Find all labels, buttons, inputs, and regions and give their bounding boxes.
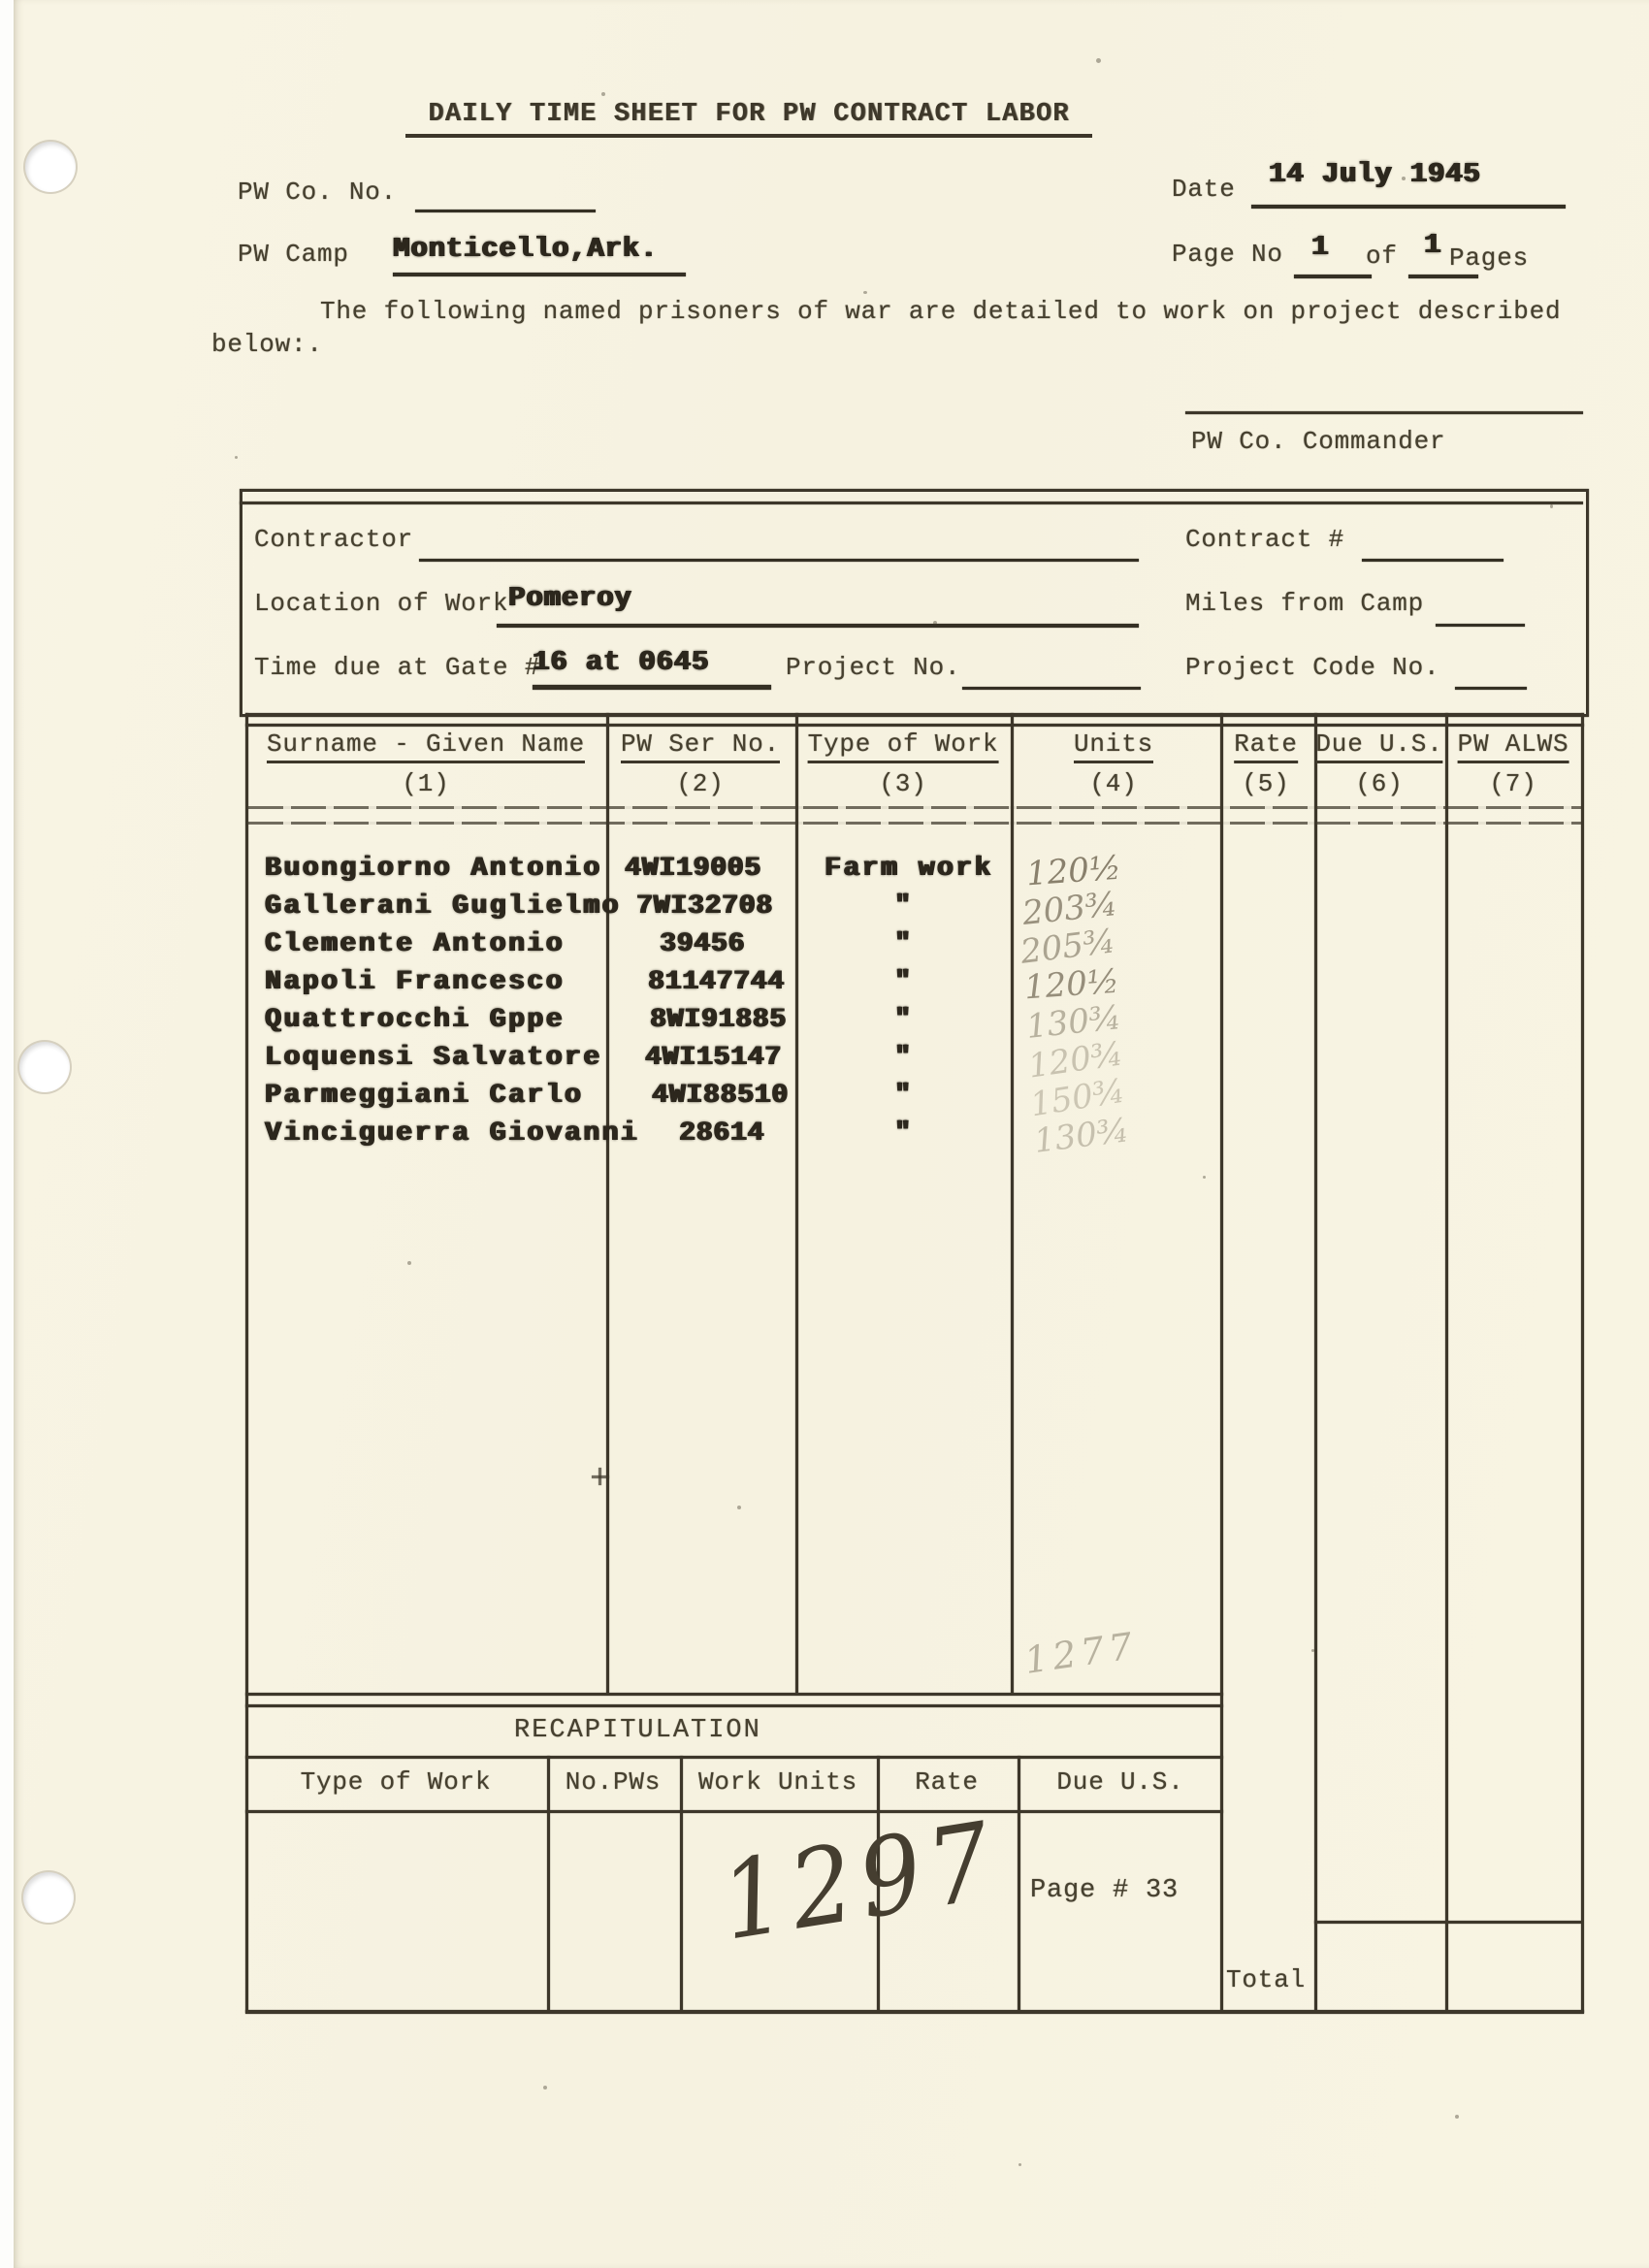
col-header-label: Due U.S. — [1315, 729, 1442, 763]
location-underline — [497, 624, 1139, 628]
miles-label: Miles from Camp — [1185, 589, 1424, 618]
col-header-serial: PW Ser No. — [621, 729, 780, 759]
noise-speck — [1550, 504, 1553, 508]
location-label: Location of Work — [254, 589, 508, 618]
noise-speck — [737, 1506, 741, 1509]
grid-line — [245, 1693, 1223, 1696]
date-underline — [1251, 205, 1566, 209]
grid-line — [245, 1704, 1223, 1707]
contract-number-label: Contract # — [1185, 525, 1344, 554]
commander-label: PW Co. Commander — [1191, 427, 1445, 456]
grid-dashed-rule — [248, 822, 1581, 825]
prisoner-serial: 4WI15147 — [645, 1043, 782, 1073]
col-number: (7) — [1489, 769, 1536, 798]
col-number: (1) — [402, 769, 449, 798]
intro-line-2: below:. — [211, 330, 323, 359]
grid-line — [1314, 1921, 1581, 1924]
grid-dashed-rule — [248, 806, 1581, 809]
contractor-blank — [419, 559, 1139, 562]
grid-line — [1445, 713, 1448, 2013]
project-code-blank — [1455, 687, 1527, 690]
grid-line — [1220, 713, 1223, 2013]
col-header-label: Units — [1074, 729, 1153, 763]
of-label: of — [1366, 242, 1398, 271]
prisoner-name: Vinciguerra Giovanni — [265, 1118, 639, 1149]
prisoner-name: Quattrocchi Gppe — [265, 1005, 565, 1035]
grid-line — [1581, 713, 1584, 2013]
col-header-label: PW Ser No. — [621, 729, 780, 763]
recap-col-work-units: Work Units — [698, 1767, 857, 1797]
commander-signature-line — [1185, 411, 1583, 414]
col-number: (5) — [1242, 769, 1289, 798]
gate-label: Time due at Gate # — [254, 653, 540, 682]
project-no-label: Project No. — [786, 653, 960, 682]
contractor-label: Contractor — [254, 525, 413, 554]
grid-line — [795, 713, 798, 1695]
col-header-label: Surname - Given Name — [267, 729, 585, 763]
noise-speck — [601, 92, 605, 96]
pw-co-no-label: PW Co. No. — [238, 178, 397, 207]
ditto-mark: " — [894, 891, 912, 922]
grid-line — [606, 713, 609, 1695]
noise-speck — [1455, 2115, 1459, 2119]
noise-speck — [543, 2086, 547, 2090]
recap-title: RECAPITULATION — [514, 1716, 761, 1745]
pw-co-no-blank — [415, 210, 596, 212]
project-no-blank — [962, 687, 1141, 690]
punch-hole — [25, 142, 76, 192]
col-header-label: Type of Work — [808, 729, 999, 763]
pw-camp-value: Monticello,Ark. — [393, 233, 658, 265]
noise-speck — [1311, 1649, 1314, 1652]
noise-speck — [1018, 2163, 1021, 2166]
recap-col-type-of-work: Type of Work — [301, 1767, 492, 1797]
type-of-work: Farm work — [824, 854, 993, 884]
scanned-time-sheet: DAILY TIME SHEET FOR PW CONTRACT LABOR P… — [0, 0, 1649, 2268]
grid-line — [245, 713, 1584, 716]
col-number: (6) — [1355, 769, 1403, 798]
project-box-double-rule — [240, 502, 1583, 504]
prisoner-name: Napoli Francesco — [265, 967, 565, 997]
recap-col-no-pws: No.PWs — [566, 1767, 661, 1797]
contract-number-blank — [1362, 559, 1503, 562]
page-number-underline — [1294, 275, 1372, 278]
col-number: (2) — [676, 769, 724, 798]
grid-line — [1314, 713, 1317, 2013]
col-number: (4) — [1089, 769, 1137, 798]
pages-label: Pages — [1449, 243, 1529, 273]
noise-speck — [863, 291, 867, 294]
prisoner-serial: 8WI91885 — [650, 1005, 787, 1035]
intro-line-1: The following named prisoners of war are… — [320, 297, 1561, 326]
grid-line — [680, 1756, 683, 2013]
prisoner-serial: 39456 — [660, 929, 745, 959]
col-number: (3) — [879, 769, 926, 798]
punch-hole — [19, 1042, 70, 1092]
grid-line — [547, 1756, 550, 2013]
recap-col-rate: Rate — [915, 1767, 979, 1797]
prisoner-serial: 7WI32708 — [636, 891, 773, 922]
prisoner-name: Gallerani Guglielmo — [265, 891, 621, 922]
grid-line — [245, 713, 248, 2013]
col-header-due-us: Due U.S. — [1315, 729, 1442, 759]
ditto-mark: " — [894, 1118, 912, 1149]
gate-value: 16 at 0645 — [533, 646, 709, 678]
pages-total: 1 — [1424, 229, 1441, 261]
prisoner-name: Parmeggiani Carlo — [265, 1081, 583, 1111]
punch-hole — [23, 1872, 74, 1923]
grid-line — [245, 1756, 1223, 1759]
col-header-rate: Rate — [1234, 729, 1298, 759]
col-header-label: Rate — [1234, 729, 1298, 763]
col-header-surname: Surname - Given Name — [267, 729, 585, 759]
noise-speck — [1402, 177, 1406, 180]
miles-blank — [1436, 624, 1525, 627]
noise-speck — [1096, 58, 1101, 63]
col-header-work: Type of Work — [808, 729, 999, 759]
grid-line — [245, 1810, 1223, 1813]
pages-total-underline — [1408, 275, 1478, 278]
form-title: DAILY TIME SHEET FOR PW CONTRACT LABOR — [405, 100, 1092, 138]
prisoner-name: Loquensi Salvatore — [265, 1043, 601, 1073]
ditto-mark: " — [894, 1005, 912, 1035]
noise-speck — [933, 621, 937, 625]
pw-camp-underline — [393, 273, 686, 276]
recap-total-label: Total — [1226, 1965, 1306, 1994]
prisoner-serial: 4WI19005 — [625, 854, 761, 884]
grid-line — [245, 724, 1584, 727]
noise-speck — [1203, 1176, 1206, 1179]
prisoner-serial: 28614 — [679, 1118, 764, 1149]
page-number: 1 — [1311, 231, 1329, 263]
grid-line — [598, 1468, 601, 1485]
date-value: 14 July 1945 — [1269, 158, 1480, 190]
prisoner-serial: 4WI88510 — [652, 1081, 789, 1111]
ditto-mark: " — [894, 1043, 912, 1073]
recap-col-due-us: Due U.S. — [1056, 1767, 1183, 1797]
pw-camp-label: PW Camp — [238, 240, 349, 269]
ditto-mark: " — [894, 967, 912, 997]
col-header-units: Units — [1074, 729, 1153, 759]
date-label: Date — [1172, 175, 1236, 204]
ditto-mark: " — [894, 929, 912, 959]
prisoner-name: Buongiorno Antonio — [265, 854, 601, 884]
ditto-mark: " — [894, 1081, 912, 1111]
location-value: Pomeroy — [508, 582, 631, 614]
recap-page-note: Page # 33 — [1030, 1876, 1179, 1905]
project-code-label: Project Code No. — [1185, 653, 1439, 682]
col-header-pw-alws: PW ALWS — [1458, 729, 1569, 759]
grid-line — [1018, 1756, 1020, 2013]
col-header-label: PW ALWS — [1458, 729, 1569, 763]
prisoner-serial: 81147744 — [648, 967, 785, 997]
prisoner-name: Clemente Antonio — [265, 929, 565, 959]
grid-line — [245, 2010, 1584, 2014]
gate-underline — [533, 685, 771, 690]
noise-speck — [407, 1261, 411, 1265]
page-no-label: Page No — [1172, 240, 1283, 269]
noise-speck — [235, 456, 238, 459]
grid-line — [1011, 713, 1014, 1695]
